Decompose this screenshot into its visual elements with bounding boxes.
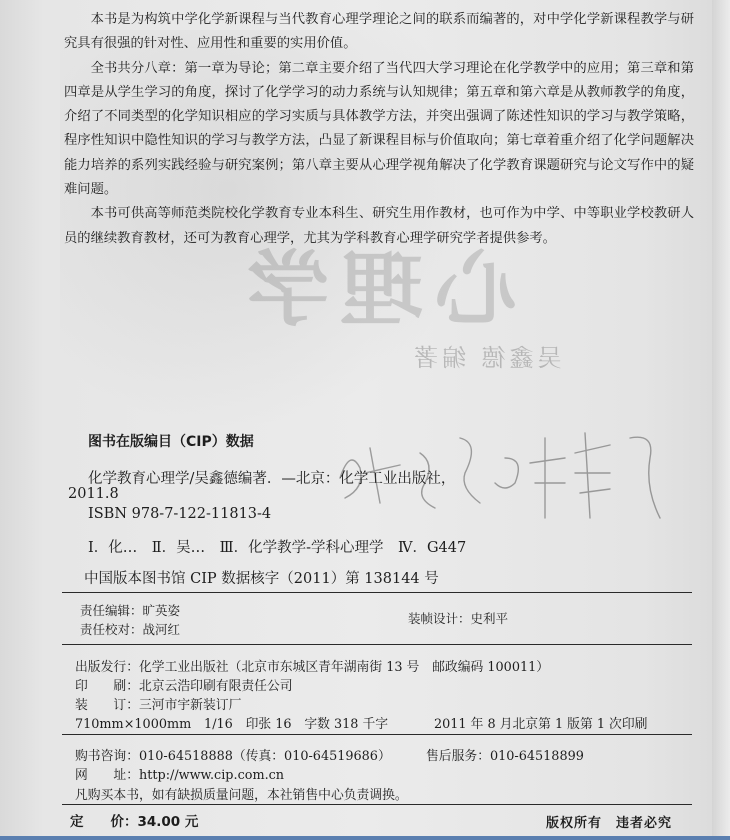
cover-author-showthrough: 吴鑫德 编著 (410, 338, 562, 373)
bottom-border (0, 836, 730, 840)
responsible-proofreader: 责任校对：战河红 (80, 620, 180, 638)
printer-value: 北京云浩印刷有限责任公司 (139, 679, 293, 694)
edition-info: 2011 年 8 月北京第 1 版第 1 次印刷 (434, 713, 647, 732)
cip-heading: 图书在版编目（CIP）数据 (88, 431, 254, 451)
replacement-notice: 凡购买本书，如有缺损质量问题，本社销售中心负责调换。 (75, 784, 408, 803)
printer: 印 刷：北京云浩印刷有限责任公司 (75, 675, 293, 694)
divider (62, 644, 692, 645)
intro-paragraph: 本书可供高等师范类院校化学教育专业本科生、研究生用作教材，也可作为中学、中等职业… (64, 202, 694, 251)
cip-record-title: 化学教育心理学/吴鑫德编著．—北京：化学工业出版社， (88, 467, 455, 488)
divider (62, 592, 692, 593)
print-specs: 710mm×1000mm 1/16 印张 16 字数 318 千字 (75, 713, 388, 732)
page-edge (712, 0, 730, 836)
book-copyright-page: 心理学 吴鑫德 编著 本书是为构筑中学化学新课程与当代教育心理学理论之间的联系而… (0, 0, 730, 836)
intro-paragraph: 全书共分八章：第一章为导论；第二章主要介绍了当代四大学习理论在化学教学中的应用；… (64, 57, 694, 203)
divider (62, 804, 692, 805)
purchase-inquiry: 购书咨询：010-64518888（传真：010-64519686） (75, 745, 391, 764)
intro-paragraph: 本书是为构筑中学化学新课程与当代教育心理学理论之间的联系而编著的，对中学化学新课… (64, 8, 694, 57)
copyright-notice: 版权所有 违者必究 (546, 812, 672, 831)
cip-record-date: 2011.8 (68, 486, 119, 502)
website: 网 址：http://www.cip.com.cn (75, 764, 284, 783)
price: 定 价：34.00 元 (70, 810, 198, 830)
cover-designer: 装帧设计：史利平 (408, 609, 508, 627)
website-url: http://www.cip.com.cn (139, 768, 284, 783)
cip-classification: Ⅰ．化… Ⅱ．吴… Ⅲ．化学教学-学科心理学 Ⅳ．G447 (88, 536, 466, 557)
binder-label: 装 订： (75, 694, 139, 713)
binder: 装 订：三河市宇新装订厂 (75, 694, 241, 713)
book-introduction: 本书是为构筑中学化学新课程与当代教育心理学理论之间的联系而编著的，对中学化学新课… (64, 8, 694, 251)
divider (62, 734, 692, 735)
isbn: ISBN 978-7-122-11813-4 (88, 506, 271, 522)
publisher: 出版发行：化学工业出版社（北京市东城区青年湖南街 13 号 邮政编码 10001… (75, 656, 549, 675)
website-label: 网 址： (75, 764, 139, 783)
responsible-editor: 责任编辑：旷英姿 (80, 601, 180, 619)
after-sales-service: 售后服务：010-64518899 (426, 745, 584, 764)
binder-value: 三河市宇新装订厂 (139, 698, 241, 713)
printer-label: 印 刷： (75, 675, 139, 694)
cip-verification-number: 中国版本图书馆 CIP 数据核字（2011）第 138144 号 (84, 567, 439, 588)
